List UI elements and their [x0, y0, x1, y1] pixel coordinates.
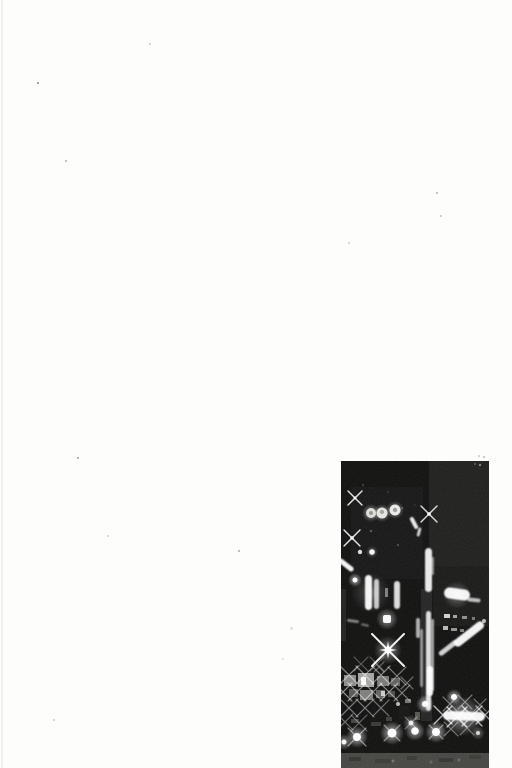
film-grain-overlay	[341, 461, 489, 768]
noise-speck	[348, 242, 350, 244]
noise-speck	[290, 627, 293, 630]
night-city-photo	[341, 461, 489, 768]
noise-speck	[149, 43, 151, 45]
noise-speck	[282, 658, 284, 660]
noise-speck	[238, 550, 240, 552]
noise-speck	[65, 160, 67, 162]
noise-speck	[483, 456, 485, 458]
noise-speck	[53, 719, 55, 721]
noise-speck	[436, 192, 438, 194]
noise-speck	[37, 82, 39, 84]
scan-edge-line	[1, 0, 3, 768]
page	[0, 0, 512, 768]
noise-speck	[478, 455, 480, 457]
night-city-photo-image	[341, 461, 489, 768]
noise-speck	[77, 457, 79, 459]
noise-speck	[440, 215, 442, 217]
noise-speck	[107, 535, 109, 537]
